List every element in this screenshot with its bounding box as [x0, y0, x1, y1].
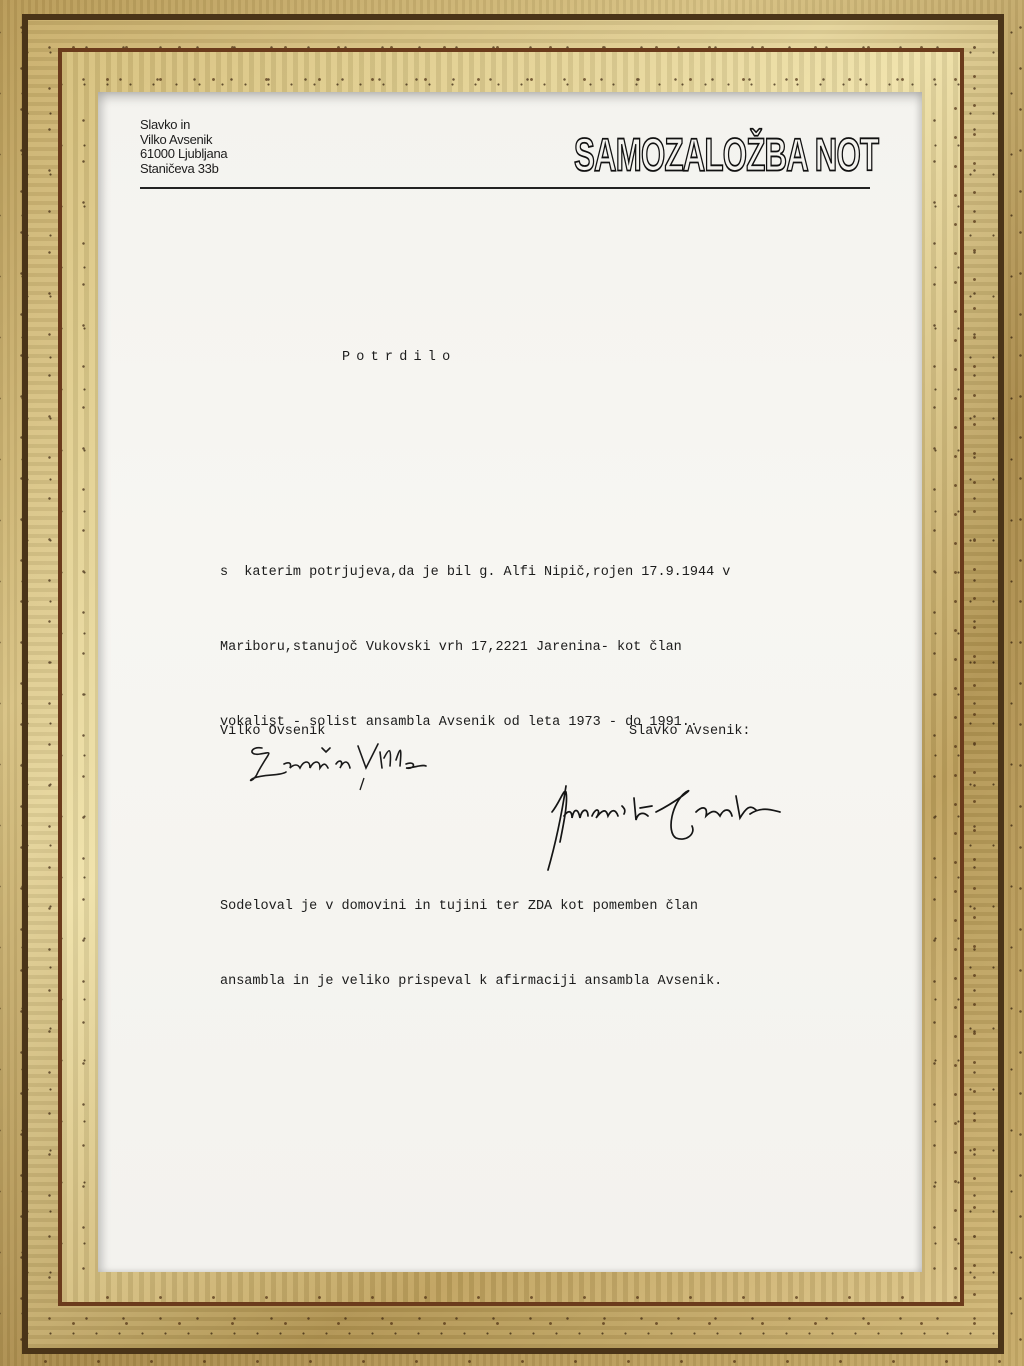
letterhead-brand: SAMOZALOŽBA NOT — [574, 130, 878, 182]
address-line: Vilko Avsenik — [140, 133, 227, 148]
signature-left-icon — [240, 738, 490, 798]
text-line: Sodeloval je v domovini in tujini ter ZD… — [220, 894, 730, 919]
document-title: Potrdilo — [342, 350, 456, 365]
address-line: Slavko in — [140, 118, 227, 133]
letterhead-divider — [140, 187, 870, 189]
document-paper: Slavko in Vilko Avsenik 61000 Ljubljana … — [98, 92, 922, 1272]
address-line: Staničeva 33b — [140, 162, 227, 177]
text-line: s katerim potrjujeva,da je bil g. Alfi N… — [220, 560, 730, 585]
signatory-right-name: Slavko Avsenik: — [629, 724, 751, 739]
text-line: Mariboru,stanujoč Vukovski vrh 17,2221 J… — [220, 635, 730, 660]
address-line: 61000 Ljubljana — [140, 147, 227, 162]
text-line: ansambla in je veliko prispeval k afirma… — [220, 969, 730, 994]
letterhead-address: Slavko in Vilko Avsenik 61000 Ljubljana … — [140, 118, 227, 176]
paragraph-2: Sodeloval je v domovini in tujini ter ZD… — [220, 844, 730, 1044]
signature-right-icon — [536, 782, 876, 872]
signatory-left-name: Vilko Ovsenik — [220, 724, 325, 739]
